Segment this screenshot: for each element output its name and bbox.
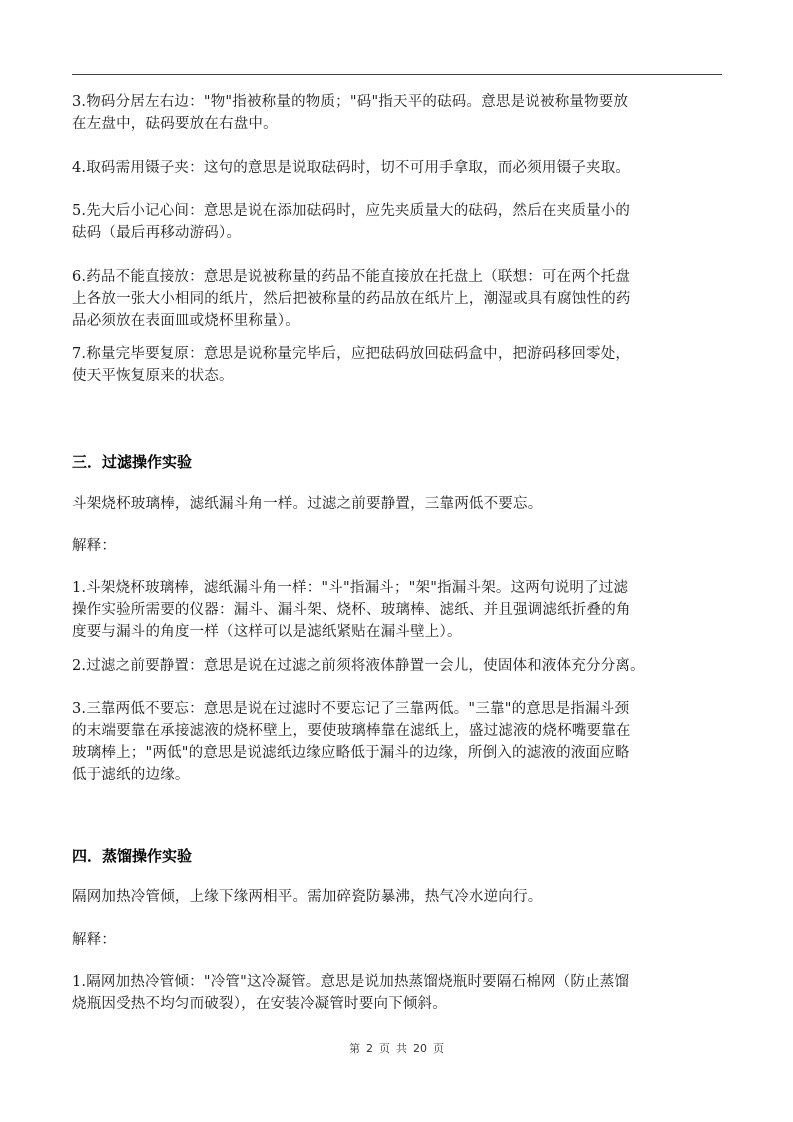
footer-total-label: 共 bbox=[396, 1042, 407, 1055]
header-rule bbox=[72, 74, 722, 75]
distillation-item-1-line-1: 1.隔网加热冷管倾："冷管"这冷凝管。意思是说加热蒸馏烧瓶时要隔石棉网（防止蒸馏 bbox=[72, 971, 629, 993]
distillation-verse: 隔网加热冷管倾，上缘下缘两相平。需加碎瓷防暴沸，热气冷水逆向行。 bbox=[72, 886, 542, 908]
current-page-number: 2 bbox=[366, 1042, 373, 1055]
balance-item-6-line-3: 品必须放在表面皿或烧杯里称量）。 bbox=[72, 310, 300, 332]
filtration-item-2-line-1: 2.过滤之前要静置：意思是说在过滤之前须将液体静置一会儿，使固体和液体充分分离。 bbox=[72, 655, 645, 677]
distillation-explain-label: 解释： bbox=[72, 929, 116, 951]
filtration-item-3-line-3: 玻璃棒上；"两低"的意思是说滤纸边缘应略低于漏斗的边缘，所倒入的滤液的液面应略 bbox=[72, 742, 630, 764]
balance-item-3-line-2: 在左盘中，砝码要放在右盘中。 bbox=[72, 113, 278, 135]
filtration-item-3-line-4: 低于滤纸的边缘。 bbox=[72, 764, 190, 786]
footer-prefix: 第 bbox=[349, 1042, 360, 1055]
balance-item-5-line-1: 5.先大后小记心间：意思是说在添加砝码时，应先夹质量大的砝码，然后在夹质量小的 bbox=[72, 200, 630, 222]
footer-page-label: 页 bbox=[379, 1042, 390, 1055]
section-heading-distillation: 四．蒸馏操作实验 bbox=[72, 845, 192, 867]
filtration-verse: 斗架烧杯玻璃棒，滤纸漏斗角一样。过滤之前要静置，三靠两低不要忘。 bbox=[72, 493, 542, 515]
total-pages-number: 20 bbox=[413, 1042, 427, 1055]
balance-item-7-line-2: 使天平恢复原来的状态。 bbox=[72, 365, 234, 387]
section-heading-filtration: 三．过滤操作实验 bbox=[72, 451, 192, 473]
balance-item-4-line-1: 4.取码需用镊子夹：这句的意思是说取砝码时，切不可用手拿取，而必须用镊子夹取。 bbox=[72, 157, 630, 179]
page-footer: 第2页共20页 bbox=[0, 1040, 793, 1056]
balance-item-3-line-1: 3.物码分居左右边："物"指被称量的物质；"码"指天平的砝码。意思是说被称量物要… bbox=[72, 91, 628, 113]
balance-item-5-line-2: 砝码（最后再移动游码）。 bbox=[72, 222, 241, 244]
balance-item-7-line-1: 7.称量完毕要复原：意思是说称量完毕后，应把砝码放回砝码盒中，把游码移回零处， bbox=[72, 343, 630, 365]
filtration-explain-label: 解释： bbox=[72, 535, 116, 557]
filtration-item-3-line-1: 3.三靠两低不要忘：意思是说在过滤时不要忘记了三靠两低。"三靠"的意思是指漏斗颈 bbox=[72, 698, 629, 720]
filtration-item-3-line-2: 的末端要靠在承接滤液的烧杯壁上，要使玻璃棒靠在滤纸上，盛过滤液的烧杯嘴要靠在 bbox=[72, 720, 631, 742]
filtration-item-1-line-3: 度要与漏斗的角度一样（这样可以是滤纸紧贴在漏斗壁上）。 bbox=[72, 621, 462, 643]
balance-item-6-line-2: 上各放一张大小相同的纸片，然后把被称量的药品放在纸片上，潮湿或具有腐蚀性的药 bbox=[72, 288, 631, 310]
distillation-item-1-line-2: 烧瓶因受热不均匀而破裂），在安装冷凝管时要向下倾斜。 bbox=[72, 993, 447, 1015]
balance-item-6-line-1: 6.药品不能直接放：意思是说被称量的药品不能直接放在托盘上（联想：可在两个托盘 bbox=[72, 266, 630, 288]
filtration-item-1-line-1: 1.斗架烧杯玻璃棒，滤纸漏斗角一样："斗"指漏斗；"架"指漏斗架。这两句说明了过… bbox=[72, 577, 628, 599]
footer-suffix: 页 bbox=[433, 1042, 444, 1055]
filtration-item-1-line-2: 操作实验所需要的仪器：漏斗、漏斗架、烧杯、玻璃棒、滤纸、并且强调滤纸折叠的角 bbox=[72, 599, 631, 621]
